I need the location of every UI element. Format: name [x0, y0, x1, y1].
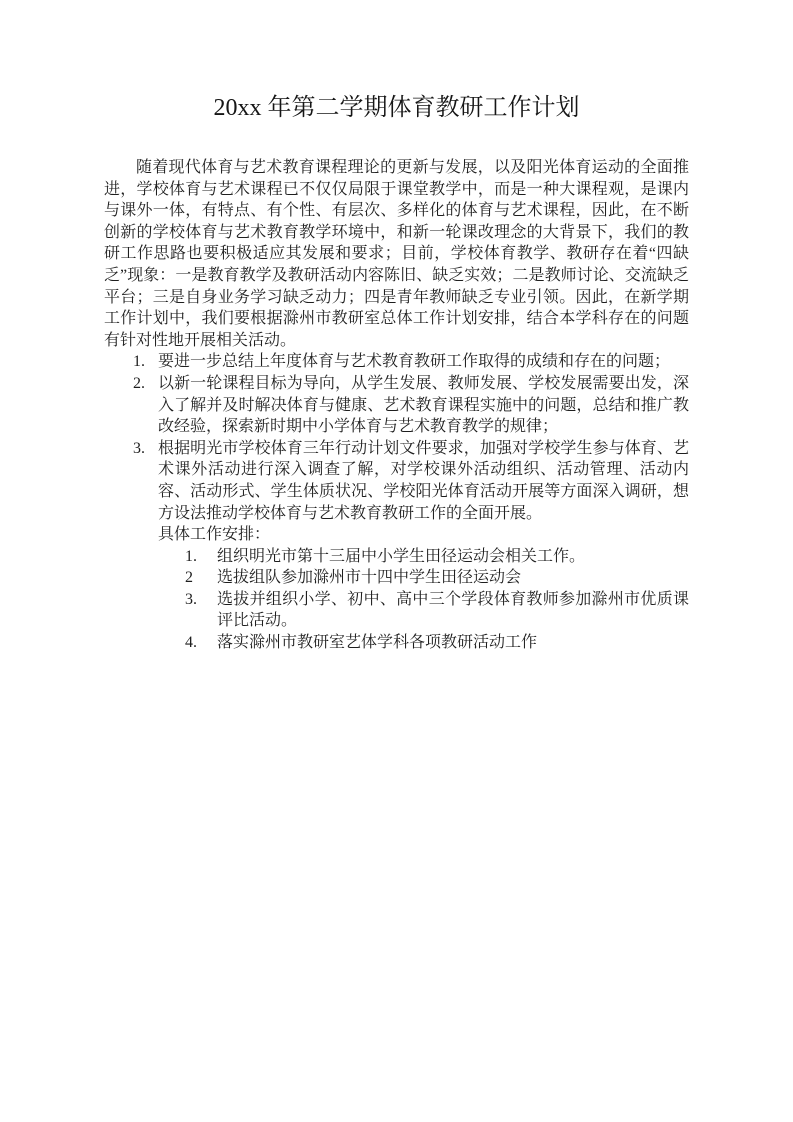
list-item-text: 根据明光市学校体育三年行动计划文件要求，加强对学校学生参与体育、艺术课外活动进行…	[158, 438, 689, 524]
list-item-number: 3.	[185, 589, 217, 632]
list-item-number: 1.	[185, 546, 217, 568]
list-item-text: 选拔组队参加滁州市十四中学生田径运动会	[217, 567, 689, 589]
main-list-item-2: 2. 以新一轮课程目标为导向，从学生发展、教师发展、学校发展需要出发，深入了解并…	[133, 373, 689, 438]
list-item-text: 组织明光市第十三届中小学生田径运动会相关工作。	[217, 546, 689, 568]
list-item-text: 要进一步总结上年度体育与艺术教育教研工作取得的成绩和存在的问题；	[158, 351, 689, 373]
document-title: 20xx 年第二学期体育教研工作计划	[104, 93, 689, 124]
schedule-heading: 具体工作安排：	[158, 524, 689, 546]
list-item-text: 选拔并组织小学、初中、高中三个学段体育教师参加滁州市优质课评比活动。	[217, 589, 689, 632]
document-page: 20xx 年第二学期体育教研工作计划 随着现代体育与艺术教育课程理论的更新与发展…	[0, 0, 793, 1122]
main-list-item-1: 1. 要进一步总结上年度体育与艺术教育教研工作取得的成绩和存在的问题；	[133, 351, 689, 373]
intro-paragraph: 随着现代体育与艺术教育课程理论的更新与发展，以及阳光体育运动的全面推进，学校体育…	[104, 157, 689, 351]
schedule-list-item-4: 4. 落实滁州市教研室艺体学科各项教研活动工作	[185, 632, 689, 654]
list-item-number: 1.	[133, 351, 158, 373]
schedule-list-item-2: 2 选拔组队参加滁州市十四中学生田径运动会	[185, 567, 689, 589]
list-item-number: 4.	[185, 632, 217, 654]
main-list-item-3: 3. 根据明光市学校体育三年行动计划文件要求，加强对学校学生参与体育、艺术课外活…	[133, 438, 689, 524]
main-list: 1. 要进一步总结上年度体育与艺术教育教研工作取得的成绩和存在的问题； 2. 以…	[104, 351, 689, 524]
list-item-text: 以新一轮课程目标为导向，从学生发展、教师发展、学校发展需要出发，深入了解并及时解…	[158, 373, 689, 438]
list-item-number: 2.	[133, 373, 158, 438]
list-item-number: 2	[185, 567, 217, 589]
schedule-list: 1. 组织明光市第十三届中小学生田径运动会相关工作。 2 选拔组队参加滁州市十四…	[104, 546, 689, 654]
schedule-list-item-3: 3. 选拔并组织小学、初中、高中三个学段体育教师参加滁州市优质课评比活动。	[185, 589, 689, 632]
list-item-text: 落实滁州市教研室艺体学科各项教研活动工作	[217, 632, 689, 654]
list-item-number: 3.	[133, 438, 158, 524]
schedule-list-item-1: 1. 组织明光市第十三届中小学生田径运动会相关工作。	[185, 546, 689, 568]
